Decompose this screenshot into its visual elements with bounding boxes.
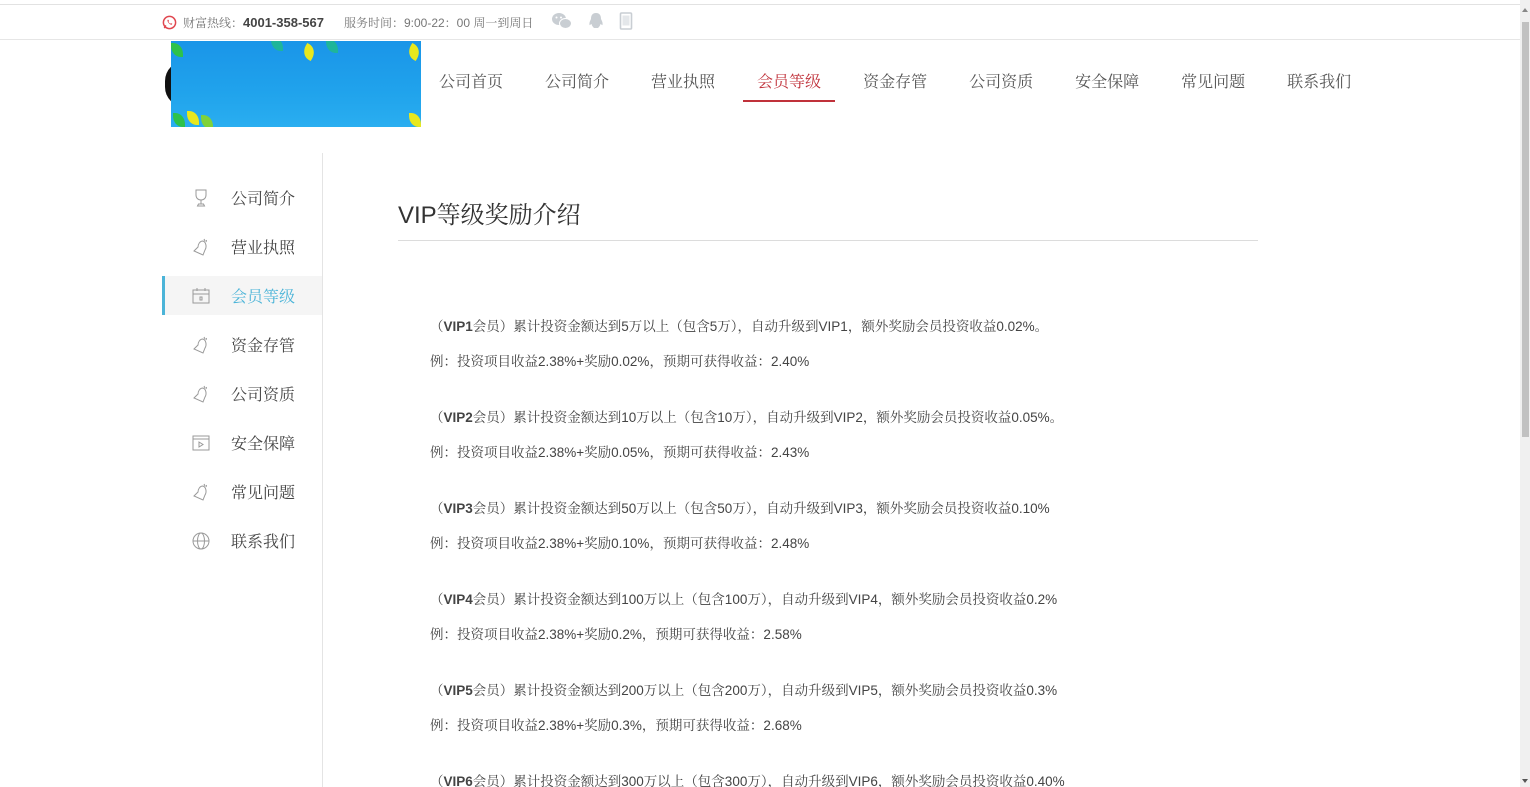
service-hours: 服务时间：9:00-22：00 周一到周日	[344, 14, 533, 31]
sidebar-item-label: 公司简介	[231, 186, 295, 209]
vip-tag: VIP6	[444, 774, 473, 787]
vip-tag: VIP2	[444, 410, 473, 425]
sidebar-item-label: 联系我们	[231, 529, 295, 552]
bell-icon	[191, 335, 211, 355]
nav-business-license[interactable]: 营业执照	[637, 40, 729, 128]
bell-icon	[191, 384, 211, 404]
globe-icon	[191, 531, 211, 551]
sidebar-item-contact[interactable]: 联系我们	[162, 521, 322, 560]
sidebar-item-security[interactable]: 安全保障	[162, 423, 322, 462]
sidebar-item-company-intro[interactable]: 公司简介	[162, 178, 322, 217]
leaf-decoration	[405, 43, 421, 61]
nav-contact[interactable]: 联系我们	[1273, 40, 1365, 128]
leaf-decoration	[201, 115, 213, 127]
main-nav: 公司首页 公司简介 营业执照 会员等级 资金存管 公司资质 安全保障 常见问题 …	[425, 40, 1379, 128]
calendar-icon	[191, 286, 211, 306]
leaf-decoration	[187, 111, 199, 125]
sidebar-item-business-license[interactable]: 营业执照	[162, 227, 322, 266]
sidebar-item-label: 常见问题	[231, 480, 295, 503]
vip-rule: （VIP4会员）累计投资金额达到100万以上（包含100万），自动升级到VIP4…	[430, 588, 1057, 608]
title-divider	[398, 240, 1258, 241]
leaf-decoration	[173, 113, 185, 127]
phone-icon	[162, 15, 177, 30]
trophy-icon	[191, 188, 211, 208]
leaf-decoration	[171, 43, 183, 57]
leaf-decoration	[409, 113, 421, 127]
sidebar-item-faq[interactable]: 常见问题	[162, 472, 322, 511]
nav-company-qualification[interactable]: 公司资质	[955, 40, 1047, 128]
sidebar-item-label: 公司资质	[231, 382, 295, 405]
top-info-bar: 财富热线： 4001-358-567 服务时间：9:00-22：00 周一到周日	[0, 4, 1520, 40]
scroll-down-arrow-icon[interactable]	[1522, 779, 1528, 783]
scroll-thumb[interactable]	[1522, 22, 1529, 437]
logo-link[interactable]	[165, 41, 421, 127]
nav-member-level[interactable]: 会员等级	[743, 40, 835, 128]
nav-home[interactable]: 公司首页	[425, 40, 517, 128]
nav-security[interactable]: 安全保障	[1061, 40, 1153, 128]
vip-example: 例：投资项目收益2.38%+奖励0.05%，预期可获得收益：2.43%	[430, 441, 809, 461]
social-links	[551, 12, 633, 33]
vip-tag: VIP3	[444, 501, 473, 516]
scroll-up-arrow-icon[interactable]	[1522, 8, 1528, 12]
sidebar-item-label: 营业执照	[231, 235, 295, 258]
vip-example: 例：投资项目收益2.38%+奖励0.2%，预期可获得收益：2.58%	[430, 623, 802, 643]
sidebar-item-label: 会员等级	[231, 284, 295, 307]
vip-example: 例：投资项目收益2.38%+奖励0.10%，预期可获得收益：2.48%	[430, 532, 809, 552]
nav-faq[interactable]: 常见问题	[1167, 40, 1259, 128]
wechat-icon[interactable]	[551, 12, 573, 33]
sidebar-item-fund-custody[interactable]: 资金存管	[162, 325, 322, 364]
qq-icon[interactable]	[587, 12, 605, 33]
hotline-label: 财富热线：	[183, 14, 243, 31]
hotline-number: 4001-358-567	[243, 15, 324, 30]
video-icon	[191, 433, 211, 453]
sidebar-item-label: 资金存管	[231, 333, 295, 356]
vip-example: 例：投资项目收益2.38%+奖励0.02%，预期可获得收益：2.40%	[430, 350, 809, 370]
vip-rule: （VIP2会员）累计投资金额达到10万以上（包含10万），自动升级到VIP2，额…	[430, 406, 1063, 426]
vip-rule: （VIP5会员）累计投资金额达到200万以上（包含200万），自动升级到VIP5…	[430, 679, 1057, 699]
vip-tag: VIP4	[444, 592, 473, 607]
bell-icon	[191, 482, 211, 502]
leaf-decoration	[326, 41, 338, 53]
sidebar-item-member-level[interactable]: 会员等级	[162, 276, 322, 315]
leaf-decoration	[300, 43, 317, 61]
page-scrollbar[interactable]	[1520, 0, 1530, 787]
vip-rule: （VIP1会员）累计投资金额达到5万以上（包含5万），自动升级到VIP1，额外奖…	[430, 315, 1048, 335]
vip-rule: （VIP6会员）累计投资金额达到300万以上（包含300万），自动升级到VIP6…	[430, 770, 1065, 787]
page-title: VIP等级奖励介绍	[398, 195, 581, 230]
sidebar-item-label: 安全保障	[231, 431, 295, 454]
nav-company-intro[interactable]: 公司简介	[531, 40, 623, 128]
logo-image	[171, 41, 421, 127]
leaf-decoration	[271, 41, 283, 51]
vip-rule: （VIP3会员）累计投资金额达到50万以上（包含50万），自动升级到VIP3，额…	[430, 497, 1050, 517]
bell-icon	[191, 237, 211, 257]
vip-tag: VIP1	[444, 319, 473, 334]
top-info-content: 财富热线： 4001-358-567 服务时间：9:00-22：00 周一到周日	[162, 5, 633, 39]
mobile-icon[interactable]	[619, 12, 633, 33]
sidebar: 公司简介 营业执照 会员等级 资金存管 公司资质 安全保障 常见问题	[162, 153, 323, 787]
site-header: 公司首页 公司简介 营业执照 会员等级 资金存管 公司资质 安全保障 常见问题 …	[0, 40, 1520, 130]
vip-tag: VIP5	[444, 683, 473, 698]
nav-fund-custody[interactable]: 资金存管	[849, 40, 941, 128]
vip-example: 例：投资项目收益2.38%+奖励0.3%，预期可获得收益：2.68%	[430, 714, 802, 734]
sidebar-item-company-qualification[interactable]: 公司资质	[162, 374, 322, 413]
